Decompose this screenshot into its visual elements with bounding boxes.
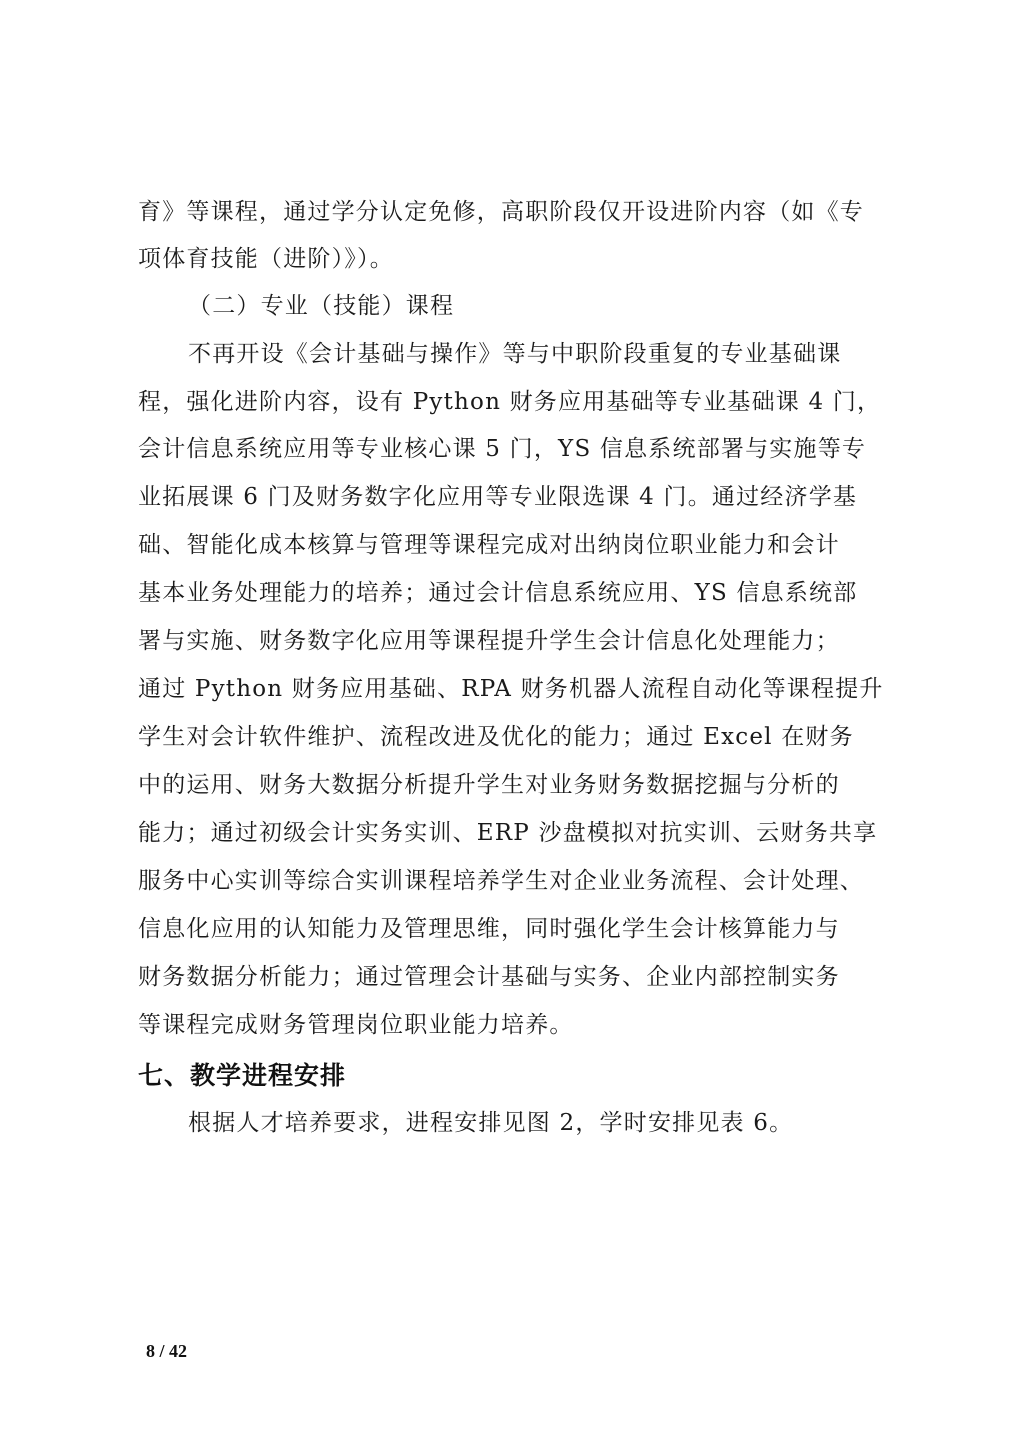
paragraph-line: 信息化应用的认知能力及管理思维，同时强化学生会计核算能力与 [138, 913, 898, 945]
paragraph-line: 础、智能化成本核算与管理等课程完成对出纳岗位职业能力和会计 [138, 529, 898, 561]
subsection-title: （二）专业（技能）课程 [188, 290, 948, 322]
paragraph-line: 不再开设《会计基础与操作》等与中职阶段重复的专业基础课 [188, 338, 948, 370]
paragraph-line: 会计信息系统应用等专业核心课 5 门，YS 信息系统部署与实施等专 [138, 433, 898, 465]
paragraph-line: 学生对会计软件维护、流程改进及优化的能力；通过 Excel 在财务 [138, 721, 898, 753]
paragraph-line: 育》等课程，通过学分认定免修，高职阶段仅开设进阶内容（如《专 [138, 196, 898, 228]
paragraph-line: 程，强化进阶内容，设有 Python 财务应用基础等专业基础课 4 门， [138, 386, 898, 418]
paragraph-line: 根据人才培养要求，进程安排见图 2，学时安排见表 6。 [188, 1107, 948, 1139]
paragraph-line: 能力；通过初级会计实务实训、ERP 沙盘模拟对抗实训、云财务共享 [138, 817, 898, 849]
paragraph-line: 项体育技能（进阶）》）。 [138, 243, 898, 275]
section-title: 七、教学进程安排 [138, 1059, 346, 1093]
paragraph-line: 通过 Python 财务应用基础、RPA 财务机器人流程自动化等课程提升 [138, 673, 898, 705]
paragraph-line: 业拓展课 6 门及财务数字化应用等专业限选课 4 门。通过经济学基 [138, 481, 898, 513]
paragraph-line: 服务中心实训等综合实训课程培养学生对企业业务流程、会计处理、 [138, 865, 898, 897]
paragraph-line: 等课程完成财务管理岗位职业能力培养。 [138, 1009, 898, 1041]
paragraph-line: 署与实施、财务数字化应用等课程提升学生会计信息化处理能力； [138, 625, 898, 657]
paragraph-line: 基本业务处理能力的培养；通过会计信息系统应用、YS 信息系统部 [138, 577, 898, 609]
paragraph-line: 财务数据分析能力；通过管理会计基础与实务、企业内部控制实务 [138, 961, 898, 993]
paragraph-line: 中的运用、财务大数据分析提升学生对业务财务数据挖掘与分析的 [138, 769, 898, 801]
page-number: 8 / 42 [146, 1340, 187, 1362]
document-page: 育》等课程，通过学分认定免修，高职阶段仅开设进阶内容（如《专 项体育技能（进阶）… [0, 0, 1024, 1448]
